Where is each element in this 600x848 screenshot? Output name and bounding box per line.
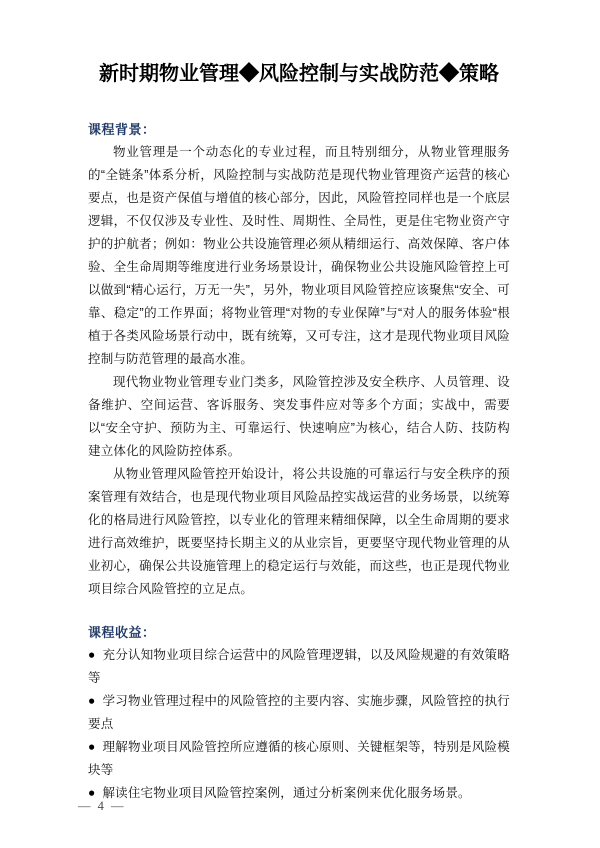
course-background-section: 课程背景： 物业管理是一个动态化的专业过程，而且特别细分，从物业管理服务的“全链…	[88, 118, 510, 601]
background-paragraph-2: 现代物业物业管理专业门类多，风险管控涉及安全秩序、人员管理、设备维护、空间运营、…	[88, 371, 510, 463]
page-number: — 4 —	[78, 799, 126, 814]
bullet-icon: ●	[88, 690, 95, 713]
background-paragraph-1: 物业管理是一个动态化的专业过程，而且特别细分，从物业管理服务的“全链条”体系分析…	[88, 141, 510, 371]
background-paragraph-3: 从物业管理风险管控开始设计，将公共设施的可靠运行与安全秩序的预案管理有效结合，也…	[88, 463, 510, 601]
benefit-list-item: ●学习物业管理过程中的风险管控的主要内容、实施步骤，风险管控的执行要点	[88, 690, 510, 736]
benefit-list-item: ●解读住宅物业项目风险管控案例，通过分析案例来优化服务场景。	[88, 782, 510, 805]
benefit-text-4: 解读住宅物业项目风险管控案例，通过分析案例来优化服务场景。	[102, 786, 470, 800]
document-page: 新时期物业管理◆风险控制与实战防范◆策略 课程背景： 物业管理是一个动态化的专业…	[0, 0, 600, 848]
benefit-text-1: 充分认知物业项目综合运营中的风险管理逻辑，以及风险规避的有效策略等	[88, 648, 510, 685]
benefit-text-2: 学习物业管理过程中的风险管控的主要内容、实施步骤，风险管控的执行要点	[88, 694, 510, 731]
bullet-icon: ●	[88, 644, 95, 667]
benefit-list-item: ●充分认知物业项目综合运营中的风险管理逻辑，以及风险规避的有效策略等	[88, 644, 510, 690]
section-label-course-background: 课程背景：	[88, 118, 510, 141]
bullet-icon: ●	[88, 736, 95, 759]
section-label-course-benefits: 课程收益：	[88, 621, 510, 644]
page-title: 新时期物业管理◆风险控制与实战防范◆策略	[88, 58, 510, 90]
benefit-text-3: 理解物业项目风险管控所应遵循的核心原则、关键框架等，特别是风险模块等	[88, 740, 510, 777]
course-benefits-section: 课程收益： ●充分认知物业项目综合运营中的风险管理逻辑，以及风险规避的有效策略等…	[88, 621, 510, 805]
benefit-list-item: ●理解物业项目风险管控所应遵循的核心原则、关键框架等，特别是风险模块等	[88, 736, 510, 782]
